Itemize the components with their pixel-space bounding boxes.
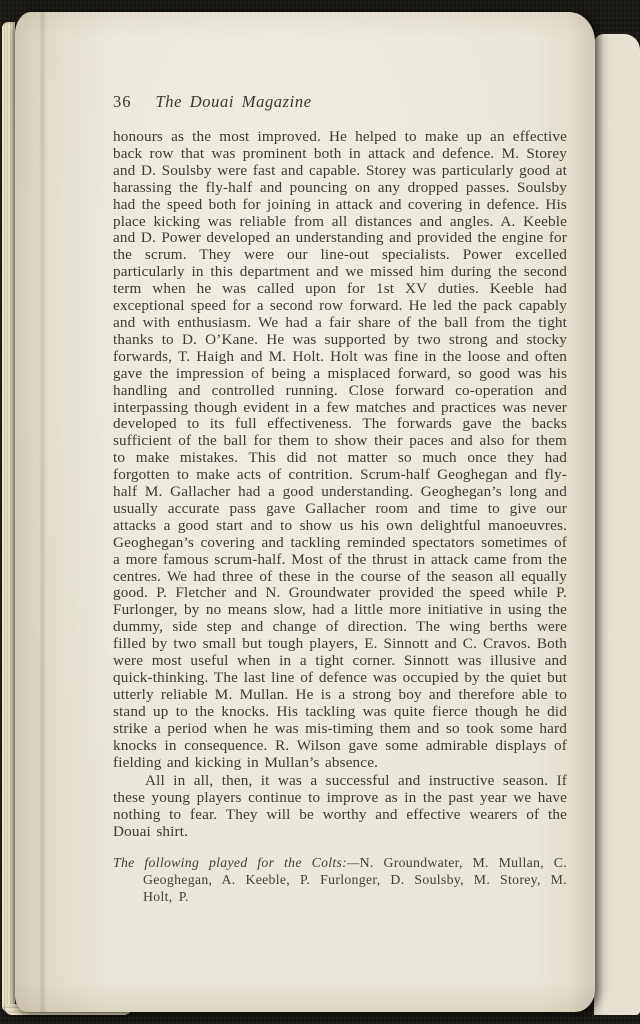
running-header: 36 The Douai Magazine [113,92,567,112]
next-page-edge [594,34,640,1015]
colts-players-footnote: The following played for the Colts:—N. G… [113,854,567,906]
body-paragraph-season-report: honours as the most improved. He helped … [113,129,567,771]
page-number: 36 [113,92,132,112]
page-content: 36 The Douai Magazine honours as the mos… [113,92,567,906]
book-cover-background: 36 The Douai Magazine honours as the mos… [0,0,640,1024]
magazine-title: The Douai Magazine [156,92,312,112]
body-paragraph-conclusion: All in all, then, it was a successful an… [113,773,567,841]
left-page-edge-stack [2,22,15,1012]
magazine-page: 36 The Douai Magazine honours as the mos… [15,12,595,1012]
footnote-lead-italic: The following played for the Colts:— [113,855,360,870]
